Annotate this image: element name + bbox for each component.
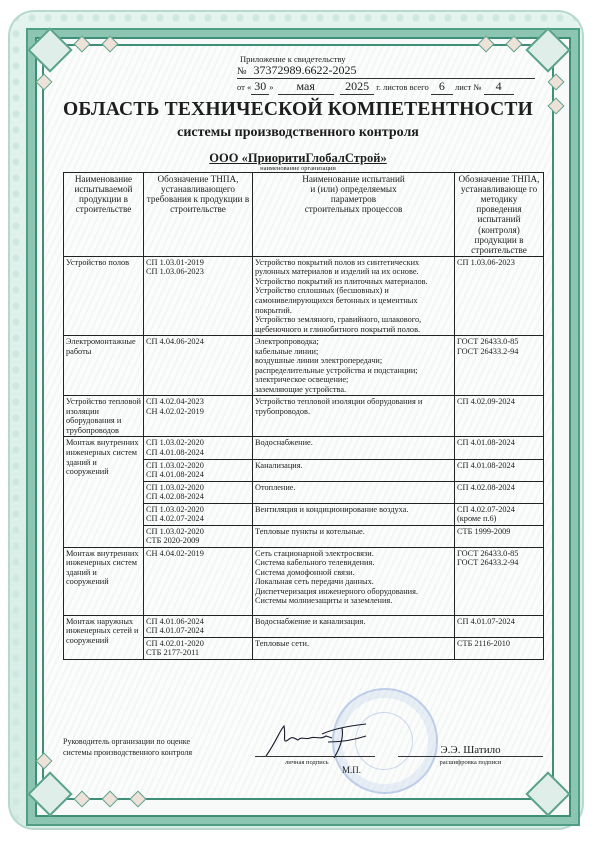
cell-product: Монтаж внутренних инженерных систем здан…: [64, 547, 144, 615]
sheets-total: 6: [431, 79, 453, 95]
table-row: Монтаж внутренних инженерных систем здан…: [64, 437, 544, 459]
table-row: Устройство тепловой изоляции оборудовани…: [64, 396, 544, 437]
cell-tnpa: СП 1.03.02-2020 СТБ 2020-2009: [144, 525, 253, 547]
cell-tnpa: СП 4.02.01-2020 СТБ 2177-2011: [144, 637, 253, 659]
cell-method: СП 4.01.08-2024: [455, 437, 544, 459]
certificate-number-value: 37372989.6622-2025: [254, 63, 357, 77]
date-day: 30: [251, 79, 269, 95]
cell-method: ГОСТ 26433.0-85 ГОСТ 26433.2-94: [455, 547, 544, 615]
cell-product: Устройство полов: [64, 256, 144, 335]
cell-tnpa: СП 1.03.02-2020 СП 4.01.08-2024: [144, 437, 253, 459]
sheet-no: 4: [484, 79, 514, 95]
year-suffix: г.: [376, 82, 381, 92]
organization-caption: наименование организации: [0, 165, 596, 172]
table-row: Устройство половСП 1.03.01-2019 СП 1.03.…: [64, 256, 544, 335]
date-prefix: от: [237, 82, 245, 92]
cell-method: СТБ 2116-2010: [455, 637, 544, 659]
date-month: мая: [278, 79, 334, 95]
cell-tnpa: СП 1.03.01-2019 СП 1.03.06-2023: [144, 256, 253, 335]
stamp-label: М.П.: [342, 765, 361, 775]
cell-method: СП 4.01.08-2024: [455, 459, 544, 481]
table-row: Монтаж внутренних инженерных систем здан…: [64, 547, 544, 615]
cell-tests: Вентиляция и кондиционирование воздуха.: [253, 503, 455, 525]
sheet-no-label: лист №: [455, 82, 482, 92]
cell-tnpa: СП 1.03.02-2020 СП 4.02.07-2024: [144, 503, 253, 525]
cell-tests: Отопление.: [253, 481, 455, 503]
signature-line: [255, 756, 375, 757]
cell-method: СП 4.01.07-2024: [455, 615, 544, 637]
table-row: Монтаж наружных инженерных сетей и соору…: [64, 615, 544, 637]
header-product: Наименование испытываемой продукции в ст…: [64, 173, 144, 257]
date-line: от «30» мая 2025 г. листов всего 6 лист …: [237, 79, 537, 95]
scope-table: Наименование испытываемой продукции в ст…: [63, 172, 544, 660]
cell-tnpa: СП 4.04.06-2024: [144, 336, 253, 396]
table-header-row: Наименование испытываемой продукции в ст…: [64, 173, 544, 257]
cell-tnpa: СП 4.02.04-2023 СН 4.02.02-2019: [144, 396, 253, 437]
signer-name: Э.Э. Шатило: [398, 744, 543, 756]
header-tnpa: Обозначение ТНПА, устанавливающего требо…: [144, 173, 253, 257]
certificate-number: № 37372989.6622-2025: [237, 63, 535, 79]
cell-tests: Водоснабжение и канализация.: [253, 615, 455, 637]
cell-method: СП 4.02.09-2024: [455, 396, 544, 437]
header-tests: Наименование испытаний и (или) определяе…: [253, 173, 455, 257]
date-year: 2025: [340, 79, 374, 95]
cell-tests: Устройство тепловой изоляции оборудовани…: [253, 396, 455, 437]
cell-product: Монтаж внутренних инженерных систем здан…: [64, 437, 144, 547]
cell-method: СП 4.02.07-2024 (кроме п.6): [455, 503, 544, 525]
name-line: [398, 756, 543, 757]
document-title: ОБЛАСТЬ ТЕХНИЧЕСКОЙ КОМПЕТЕНТНОСТИ: [0, 99, 596, 121]
cell-tnpa: СП 4.01.06-2024 СП 4.01.07-2024: [144, 615, 253, 637]
cell-method: ГОСТ 26433.0-85 ГОСТ 26433.2-94: [455, 336, 544, 396]
document-subtitle: системы производственного контроля: [0, 125, 596, 141]
cell-tnpa: СП 1.03.02-2020 СП 4.01.08-2024: [144, 459, 253, 481]
organization-name: ООО «ПриоритиГлобалСтрой»: [0, 151, 596, 166]
cell-method: СП 4.02.08-2024: [455, 481, 544, 503]
cell-product: Устройство тепловой изоляции оборудовани…: [64, 396, 144, 437]
cell-tests: Канализация.: [253, 459, 455, 481]
signature-caption: личная подпись: [285, 759, 329, 766]
cell-tests: Электропроводка; кабельные линии; воздуш…: [253, 336, 455, 396]
table-row: Электромонтажные работыСП 4.04.06-2024Эл…: [64, 336, 544, 396]
name-caption: расшифровка подписи: [398, 759, 543, 766]
cell-method: СТБ 1999-2009: [455, 525, 544, 547]
number-sign: №: [237, 66, 247, 77]
cell-tnpa: СП 1.03.02-2020 СП 4.02.08-2024: [144, 481, 253, 503]
signer-role: Руководитель организации по оценке систе…: [63, 737, 192, 759]
cell-tests: Устройство покрытий полов из синтетическ…: [253, 256, 455, 335]
sheets-total-label: листов всего: [383, 82, 429, 92]
cell-tests: Тепловые сети.: [253, 637, 455, 659]
cell-tests: Водоснабжение.: [253, 437, 455, 459]
header-method: Обозначение ТНПА, устанавливающе го мето…: [455, 173, 544, 257]
cell-tests: Тепловые пункты и котельные.: [253, 525, 455, 547]
cell-tnpa: СН 4.04.02-2019: [144, 547, 253, 615]
cell-method: СП 1.03.06-2023: [455, 256, 544, 335]
cell-tests: Сеть стационарной электросвязи. Система …: [253, 547, 455, 615]
cell-product: Монтаж наружных инженерных сетей и соору…: [64, 615, 144, 659]
cell-product: Электромонтажные работы: [64, 336, 144, 396]
